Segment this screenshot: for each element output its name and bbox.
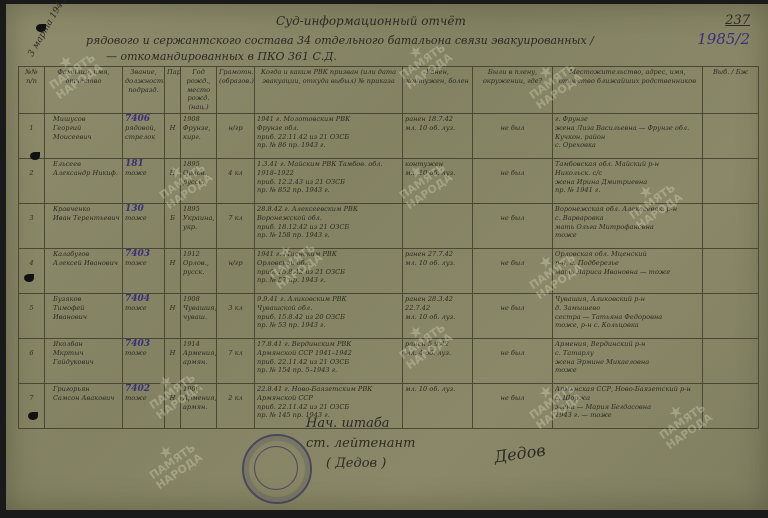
relatives-info-line: с. Татарлу [555,349,700,358]
soldier-name-line: Яколбан [53,340,120,349]
wounds-info [403,204,473,249]
relatives-info-line: тоже [555,366,700,375]
captivity-info-line: не был [475,259,550,268]
relatives-info-line: д. Замышево [555,304,700,313]
party-status: Н [165,384,181,429]
star-icon: ★ [141,432,192,472]
party-status: Н [165,114,181,159]
signer-position: Нач. штаба [306,414,415,434]
relatives-info-line: сестра — Татьяна Федоровна [555,313,700,322]
column-header: Выб. / Бж [703,67,759,114]
conscription-info-line: пр. № 154 пр. 5–1943 г. [257,366,400,375]
conscription-info-line: 28.8.42 г. Алексеевским РВК [257,205,400,214]
conscription-info: 28.8.42 г. Алексеевским РВКВоронежской о… [255,204,403,249]
relatives-info-line: с. Ореховка [555,141,700,150]
soldier-name-line: Бузяков [53,295,120,304]
wounds-info-line: мл. 4 об. луз. [405,349,470,358]
signature-block: Нач. штаба ст. лейтенант ( Дедов ) [306,414,415,474]
rank-cell: 7404тоже [123,294,165,339]
rank-cell-line: тоже [125,214,162,223]
relatives-info-line: тоже, р-н с. Кольцовка [555,321,700,330]
row-number: 6 [19,339,45,384]
retired-info [703,204,759,249]
relatives-info: Воронежская обл. Алексеевск. р-нс. Варва… [553,204,703,249]
retired-info [703,294,759,339]
party-status: Н [165,249,181,294]
party-status-line: Н [167,304,178,313]
birth-info: 1900 Армения, армян. [181,384,217,429]
stamp-number: 7406 [125,115,162,124]
rank-cell-line: тоже [125,259,162,268]
retired-info [703,384,759,429]
wounds-info: ранен 28.3.4222.7.42мл. 10 об. луз. [403,294,473,339]
conscription-info-line: 22.8.41 г. Ново-Баязетским РВК [257,385,400,394]
birth-info: 1895 Орлов., русск. [181,159,217,204]
soldier-name-line: Ельсеев [53,160,120,169]
conscription-info-line: 1941 г. Молотовским РВК [257,115,400,124]
relatives-info: Тамбовская обл. Майский р-нНикольск. с/с… [553,159,703,204]
education-line: н/гр [219,259,252,268]
archive-number: 237 1985/2 [697,12,750,48]
captivity-info: не был [473,294,553,339]
conscription-info-line: пр. № 852 пр. 1943 г. [257,186,400,195]
relatives-info-line: жена Ирина Дмитриевна [555,178,700,187]
wounds-info-line: ранен 18.7.42 [405,115,470,124]
soldier-name: КалабуговАлексей Иванович [45,249,123,294]
conscription-info-line: приб. 22.11.42 из 21 ОЗСБ [257,358,400,367]
birth-info-line: 1900 Армения, армян. [183,385,214,411]
table-row: 5БузяковТимофей Иванович7404тожеН1908 Чу… [19,294,759,339]
conscription-info-line: приб. 15.8.42 из 20 ОЗСБ [257,313,400,322]
captivity-info-line: не был [475,214,550,223]
row-number: 4 [19,249,45,294]
relatives-info: Армянская ССР, Ново-Баязетский р-нс. Шор… [553,384,703,429]
watermark-text-1: ПАМЯТЬ [147,441,198,482]
relatives-info-line: Тамбовская обл. Майский р-н [555,160,700,169]
captivity-info-line: не был [475,169,550,178]
relatives-info: Орловская обл. Мценскийр-н, с. Подберезь… [553,249,703,294]
relatives-info: Армения, Вердинский р-нс. Татарлужена Эр… [553,339,703,384]
conscription-info-line: пр. № 86 пр. 1943 г. [257,141,400,150]
table-header-row: №№ п/пФамилия, имя, отчествоЗвание, долж… [19,67,759,114]
archive-sheet-number: 237 [697,12,750,30]
birth-info: 1908 Фрунзе, кирг. [181,114,217,159]
conscription-info-line: Орловской обл. [257,259,400,268]
soldier-name-line: Иван Терентьевич [53,214,120,223]
soldier-name-line: Мкртыч Гайдукович [53,349,120,367]
column-header: Звание, должность, подразд. [123,67,165,114]
column-header: Были в плену, окружении, где? [473,67,553,114]
relatives-info-line: жена Лиза Васильевна — Фрунзе обл. Кучко… [555,124,700,142]
conscription-info: 1941 г. Мценским РВКОрловской обл.приб. … [255,249,403,294]
watermark-logo: ★ПАМЯТЬНАРОДА [141,432,205,492]
soldier-name-line: Григорьян [53,385,120,394]
birth-info-line: 1895 Украина, укр. [183,205,214,231]
document-subtitle: рядового и сержантского состава 34 отдел… [86,34,594,47]
rank-cell: 7403тоже [123,339,165,384]
birth-info-line: 1912 Орлов., русск. [183,250,214,276]
column-header: №№ п/п [19,67,45,114]
retired-info [703,249,759,294]
row-number-line: 1 [21,124,42,133]
relatives-info-line: Чувашия, Аликовский р-н [555,295,700,304]
relatives-info-line: жена — Мария Бегдасовна [555,403,700,412]
personnel-table: №№ п/пФамилия, имя, отчествоЗвание, долж… [18,66,759,429]
document-subtitle-2: — откомандированных в ПКО 361 С.Д. [106,50,337,63]
education: 7 кл [217,339,255,384]
row-number-line: 2 [21,169,42,178]
wounds-info-line: ранен 5.9.42 [405,340,470,349]
soldier-name: БузяковТимофей Иванович [45,294,123,339]
relatives-info-line: Никольск. с/с [555,169,700,178]
relatives-info-line: мать Ольга Митрофановна [555,223,700,232]
conscription-info-line: 17.8.41 г. Вердинским РВК [257,340,400,349]
rank-cell-line: тоже [125,169,162,178]
conscription-info-line: приб. 18.12.42 из 21 ОЗСБ [257,223,400,232]
archive-case-number: 1985/2 [697,30,750,48]
birth-info-line: 1914 Армения, армян. [183,340,214,366]
column-header: Год рожд., место рожд. (нац.) [181,67,217,114]
conscription-info-line: 1918–1922 [257,169,400,178]
column-header: Местожительство, адрес, имя, отчество бл… [553,67,703,114]
birth-info: 1895 Украина, укр. [181,204,217,249]
conscription-info-line: приб. 22.11.42 из 21 ОЗСБ [257,133,400,142]
soldier-name: ЕльсеевАлександр Никиф. [45,159,123,204]
captivity-info-line: не был [475,304,550,313]
wounds-info-line: мл. 10 об. луз. [405,169,470,178]
party-status: Н [165,294,181,339]
paper-hole [28,412,38,420]
column-header: Фамилия, имя, отчество [45,67,123,114]
birth-info: 1912 Орлов., русск. [181,249,217,294]
column-header: Парт. [165,67,181,114]
conscription-info-line: 9.9.41 г. Аликовским РВК [257,295,400,304]
rank-cell: 7403тоже [123,249,165,294]
wounds-info-line: контужен [405,160,470,169]
relatives-info-line: мать Лариса Ивановна — тоже [555,268,700,277]
wounds-info: ранен 18.7.42мл. 10 об. луз. [403,114,473,159]
party-status: Н [165,339,181,384]
education-line: н/гр [219,124,252,133]
education: н/гр [217,249,255,294]
conscription-info-line: приб. 12.2.43 из 21 ОЗСБ [257,178,400,187]
column-header: Ранен, контужен, болен [403,67,473,114]
row-number: 2 [19,159,45,204]
retired-info [703,159,759,204]
birth-info-line: 1908 Фрунзе, кирг. [183,115,214,141]
education-line: 3 кл [219,304,252,313]
soldier-name-line: Самсон Авакович [53,394,120,403]
conscription-info-line: приб. 15.8.42 из 21 ОЗСБ [257,268,400,277]
captivity-info-line: не был [475,124,550,133]
soldier-name: КравченкоИван Терентьевич [45,204,123,249]
captivity-info: не был [473,249,553,294]
paper-hole [36,24,46,32]
seal-inner-ring [254,446,298,490]
handwritten-signature: Дедов [493,441,547,467]
soldier-name: ГригорьянСамсон Авакович [45,384,123,429]
row-number-line: 3 [21,214,42,223]
relatives-info-line: Воронежская обл. Алексеевск. р-н [555,205,700,214]
conscription-info-line: Фрунзе обл. [257,124,400,133]
wounds-info-line: мл. 10 об. луз. [405,313,470,322]
wounds-info-line: мл. 10 об. луз. [405,259,470,268]
wounds-info-line: ранен 28.3.42 [405,295,470,304]
conscription-info-line: приб. 22.11.42 из 21 ОЗСБ [257,403,400,412]
rank-cell-line: тоже [125,304,162,313]
birth-info-line: 1908 Чувашия, чуваш. [183,295,214,321]
signer-name: ( Дедов ) [306,454,415,474]
table-row: 2ЕльсеевАлександр Никиф.181тожеН1895 Орл… [19,159,759,204]
stamp-number: 7404 [125,295,162,304]
column-header: Грамотн. (образов.) [217,67,255,114]
conscription-info: 1941 г. Молотовским РВКФрунзе обл.приб. … [255,114,403,159]
conscription-info: 1.3.41 г. Майским РВК Тамбов. обл.1918–1… [255,159,403,204]
stamp-number: 7402 [125,385,162,394]
soldier-name-line: Алексей Иванович [53,259,120,268]
table-row: 3КравченкоИван Терентьевич130тожеБ1895 У… [19,204,759,249]
document-sheet: Суд-информационный отчёт рядового и серж… [6,4,768,510]
rank-cell-line: тоже [125,349,162,358]
relatives-info-line: с. Шоржа [555,394,700,403]
captivity-info-line: не был [475,394,550,403]
party-status-line: Н [167,394,178,403]
education-line: 2 кл [219,394,252,403]
party-status-line: Н [167,259,178,268]
stamp-number: 130 [125,205,162,214]
wounds-info-line: мл. 10 об. луз. [405,385,470,394]
relatives-info-line: 1943 г. — тоже [555,411,700,420]
rank-cell-line: тоже [125,394,162,403]
conscription-info-line: пр. № 158 пр. 1943 г. [257,231,400,240]
table-row: 6ЯколбанМкртыч Гайдукович7403тожеН1914 А… [19,339,759,384]
conscription-info-line: 1941 г. Мценским РВК [257,250,400,259]
party-status: Б [165,204,181,249]
conscription-info-line: Воронежской обл. [257,214,400,223]
soldier-name-line: Тимофей Иванович [53,304,120,322]
party-status-line: Н [167,169,178,178]
wounds-info-line: мл. 10 об. луз. [405,124,470,133]
conscription-info-line: Чувашской обл. [257,304,400,313]
soldier-name-line: Александр Никиф. [53,169,120,178]
soldier-name-line: Калабугов [53,250,120,259]
relatives-info-line: жена Эрмине Микаеловна [555,358,700,367]
stamp-number: 7403 [125,340,162,349]
education: 2 кл [217,384,255,429]
retired-info [703,114,759,159]
relatives-info-line: тоже [555,231,700,240]
relatives-info-line: р-н, с. Подберезье [555,259,700,268]
table-body: 1МишусовГеоргий Моисеевич7406рядовой, ст… [19,114,759,429]
signer-rank: ст. лейтенант [306,434,415,454]
row-number: 5 [19,294,45,339]
party-status: Н [165,159,181,204]
relatives-info-line: с. Варваровка [555,214,700,223]
education-line: 7 кл [219,214,252,223]
relatives-info: Чувашия, Аликовский р-нд. Замышевосестра… [553,294,703,339]
education-line: 7 кл [219,349,252,358]
captivity-info: не был [473,159,553,204]
row-number-line: 6 [21,349,42,358]
relatives-info-line: Армянская ССР, Ново-Баязетский р-н [555,385,700,394]
document-title: Суд-информационный отчёт [276,14,466,28]
watermark-text-2: НАРОДА [154,451,205,492]
row-number-line: 7 [21,394,42,403]
wounds-info: ранен 27.7.42мл. 10 об. луз. [403,249,473,294]
soldier-name: ЯколбанМкртыч Гайдукович [45,339,123,384]
soldier-name-line: Кравченко [53,205,120,214]
row-number-line: 5 [21,304,42,313]
education: н/гр [217,114,255,159]
education: 4 кл [217,159,255,204]
birth-info: 1914 Армения, армян. [181,339,217,384]
paper-hole [30,152,40,160]
row-number-line: 4 [21,259,42,268]
rank-cell: 7406рядовой, стрелок [123,114,165,159]
birth-info-line: 1895 Орлов., русск. [183,160,214,186]
captivity-info-line: не был [475,349,550,358]
relatives-info-line: пр. № 1941 г. [555,186,700,195]
soldier-name-line: Мишусов [53,115,120,124]
captivity-info: не был [473,384,553,429]
party-status-line: Б [167,214,178,223]
wounds-info-line: 22.7.42 [405,304,470,313]
relatives-info-line: Армения, Вердинский р-н [555,340,700,349]
relatives-info-line: Орловская обл. Мценский [555,250,700,259]
stamp-number: 7403 [125,250,162,259]
captivity-info: не был [473,339,553,384]
column-header: Когда и каким РВК призван (или дата эвак… [255,67,403,114]
conscription-info-line: Армянской ССР [257,394,400,403]
conscription-info-line: 1.3.41 г. Майским РВК Тамбов. обл. [257,160,400,169]
party-status-line: Н [167,124,178,133]
education: 3 кл [217,294,255,339]
rank-cell-line: рядовой, стрелок [125,124,162,142]
wounds-info-line: ранен 27.7.42 [405,250,470,259]
margin-note: 3 марта 1943 [26,0,68,58]
rank-cell: 181тоже [123,159,165,204]
conscription-info-line: Армянской ССР 1941–1942 [257,349,400,358]
stamp-number: 181 [125,160,162,169]
education-line: 4 кл [219,169,252,178]
row-number: 7 [19,384,45,429]
education: 7 кл [217,204,255,249]
row-number: 3 [19,204,45,249]
party-status-line: Н [167,349,178,358]
conscription-info: 9.9.41 г. Аликовским РВКЧувашской обл.пр… [255,294,403,339]
official-seal [242,434,312,504]
conscription-info-line: пр. № 57 пр. 1943 г. [257,276,400,285]
relatives-info-line: г. Фрунзе [555,115,700,124]
birth-info: 1908 Чувашия, чуваш. [181,294,217,339]
captivity-info: не был [473,204,553,249]
retired-info [703,339,759,384]
table-row: 4КалабуговАлексей Иванович7403тожеН1912 … [19,249,759,294]
conscription-info-line: пр. № 53 пр. 1943 г. [257,321,400,330]
soldier-name-line: Георгий Моисеевич [53,124,120,142]
rank-cell: 7402тоже [123,384,165,429]
captivity-info: не был [473,114,553,159]
wounds-info: ранен 5.9.42мл. 4 об. луз. [403,339,473,384]
conscription-info: 17.8.41 г. Вердинским РВКАрмянской ССР 1… [255,339,403,384]
relatives-info: г. Фрунзежена Лиза Васильевна — Фрунзе о… [553,114,703,159]
wounds-info: контуженмл. 10 об. луз. [403,159,473,204]
soldier-name: МишусовГеоргий Моисеевич [45,114,123,159]
table-row: 1МишусовГеоргий Моисеевич7406рядовой, ст… [19,114,759,159]
rank-cell: 130тоже [123,204,165,249]
paper-hole [24,274,34,282]
